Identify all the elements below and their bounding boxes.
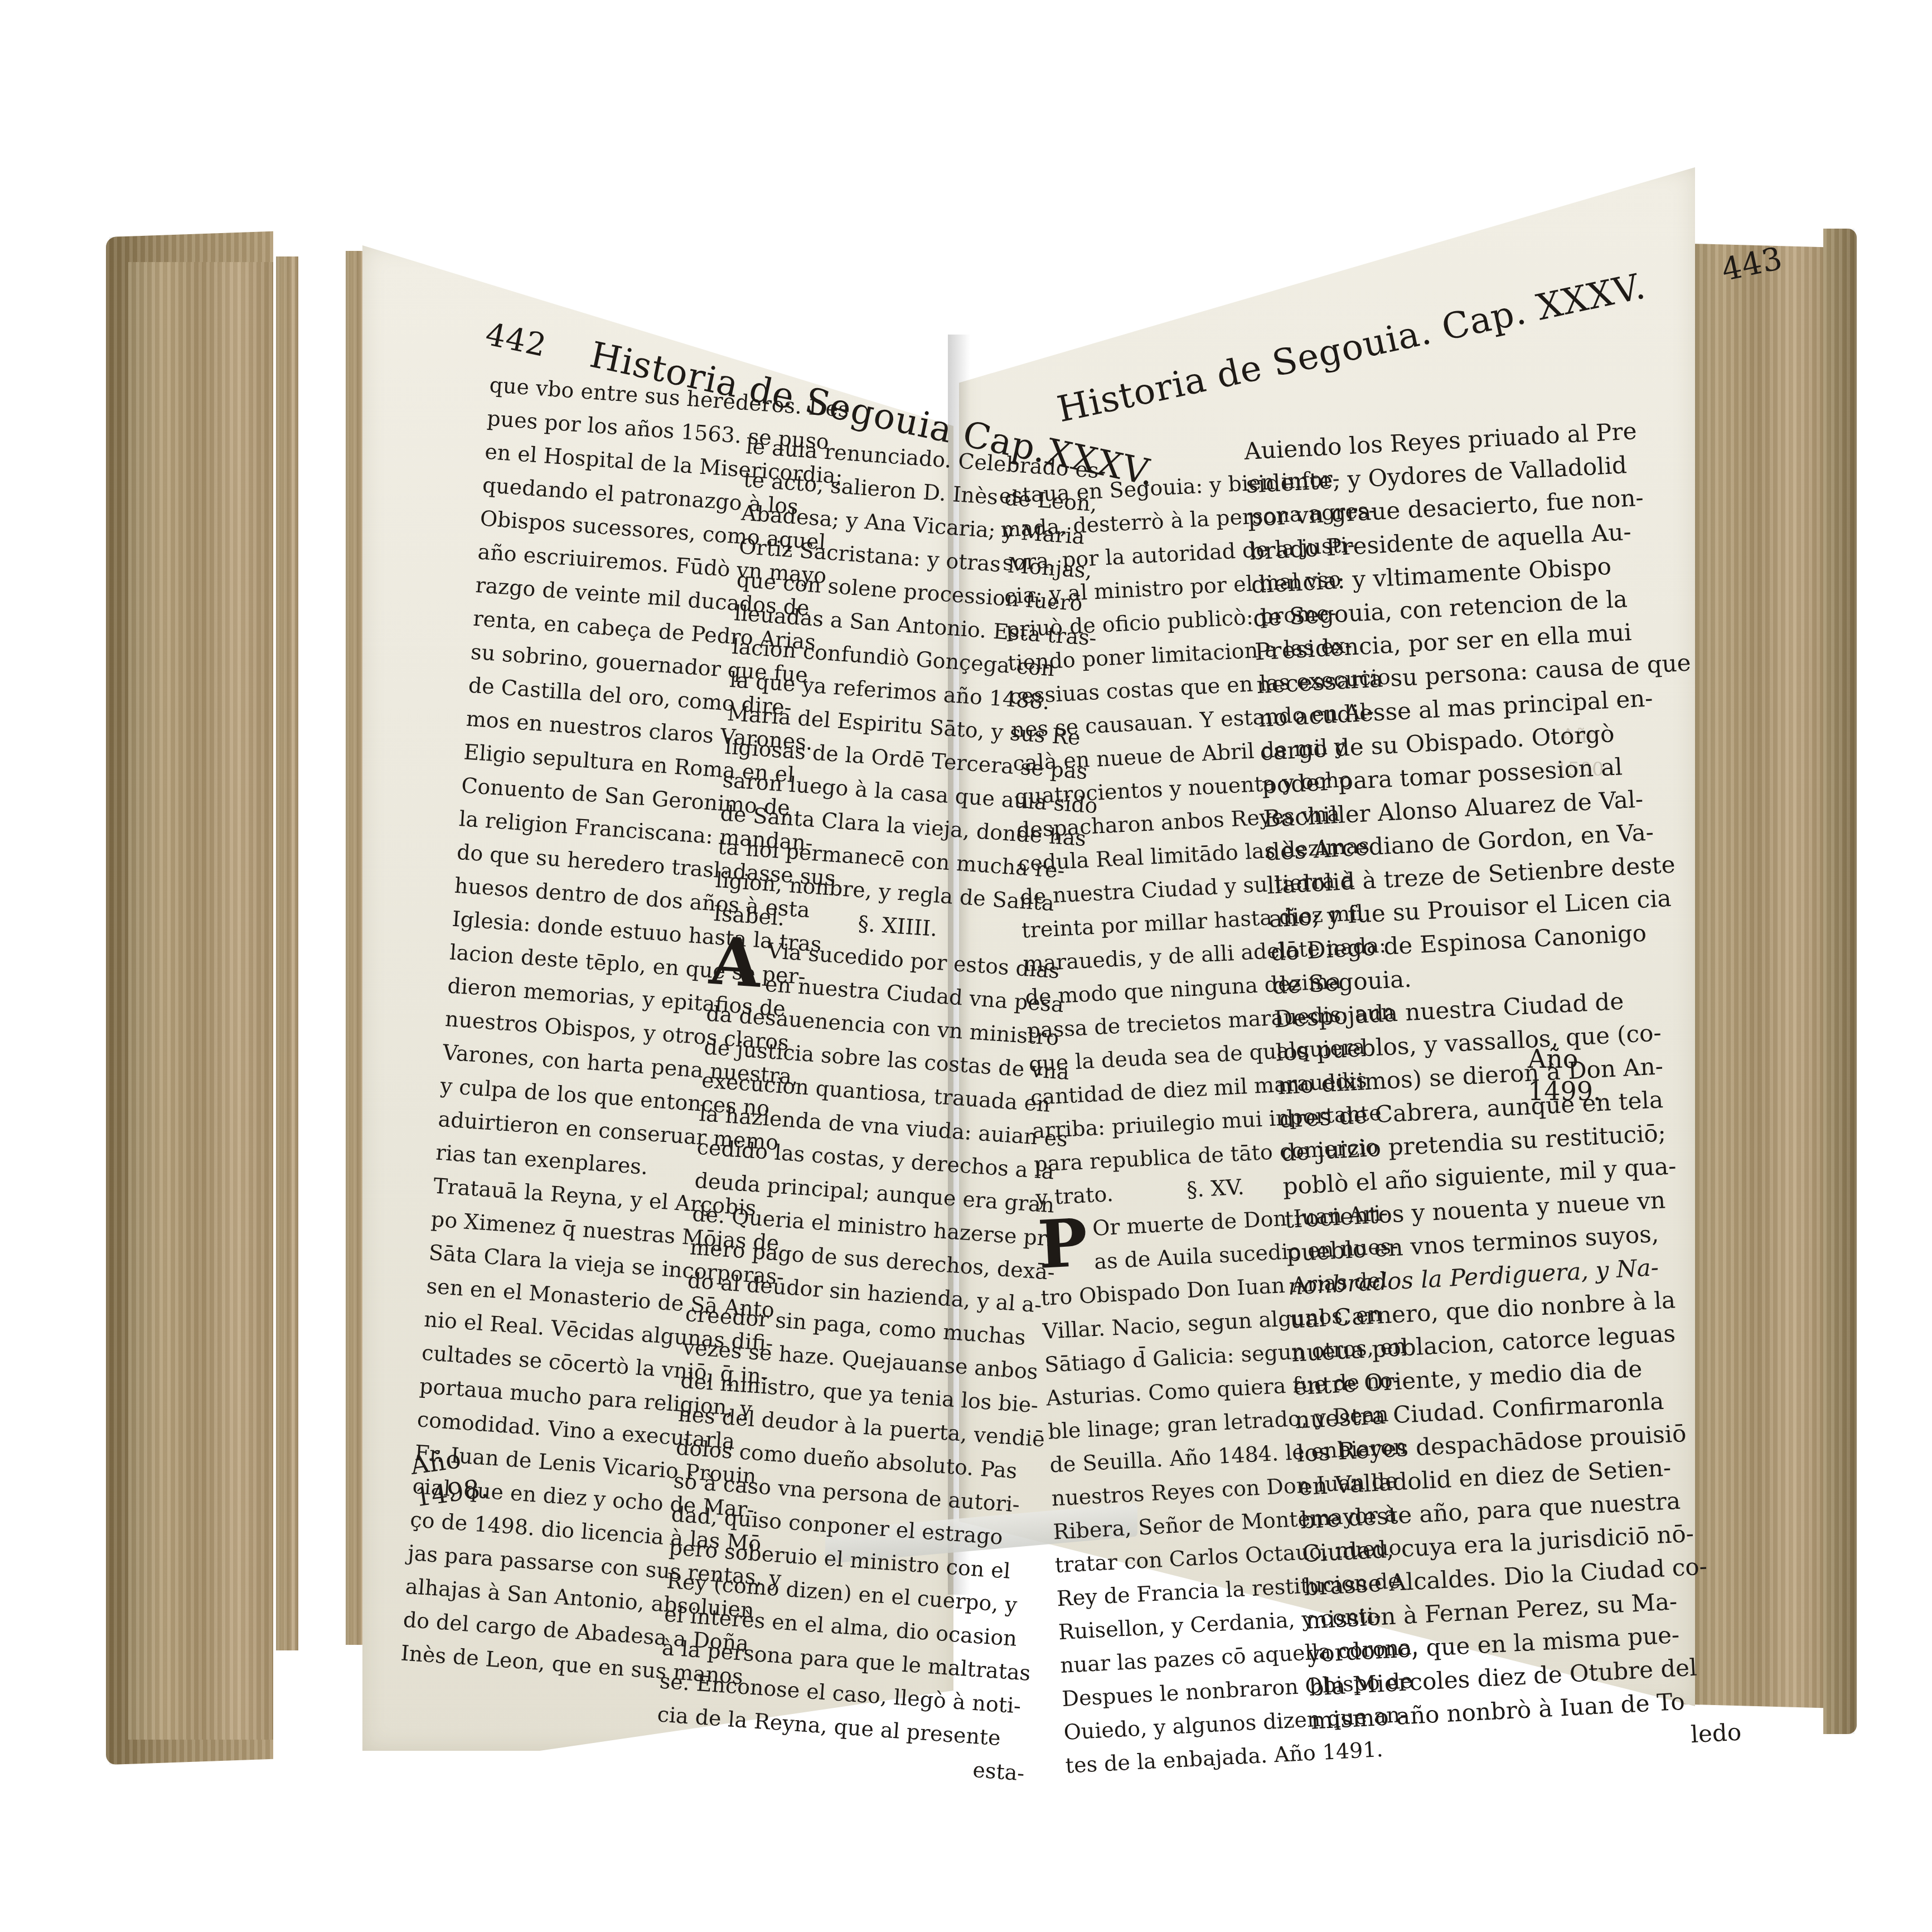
section-marker-15: §. XV. [1119,1175,1245,1206]
section-marker-14: §. XIIII. [791,907,938,941]
text-fragment: Isabel. [713,901,786,931]
right-page-column-2: Auiendo los Reyes priuado al Pre sidente… [1243,412,1748,1771]
section-14-paragraph: A Via sucedido por estos dias en nuestra… [654,930,1087,1790]
margin-note-label: Año [1528,1043,1601,1075]
right-margin-note: Año 1499. [1528,1043,1601,1107]
margin-note-year: 1499. [1528,1075,1601,1107]
left-margin-note: Año 1498. [409,1439,491,1513]
text-fragment: y trato. [1035,1182,1113,1210]
drop-cap-p: P [1037,1212,1089,1276]
right-cover-edge [1823,229,1857,1734]
left-page-fold-1 [276,256,298,1650]
drop-cap-a: A [708,930,763,995]
left-page-block [128,262,273,1740]
